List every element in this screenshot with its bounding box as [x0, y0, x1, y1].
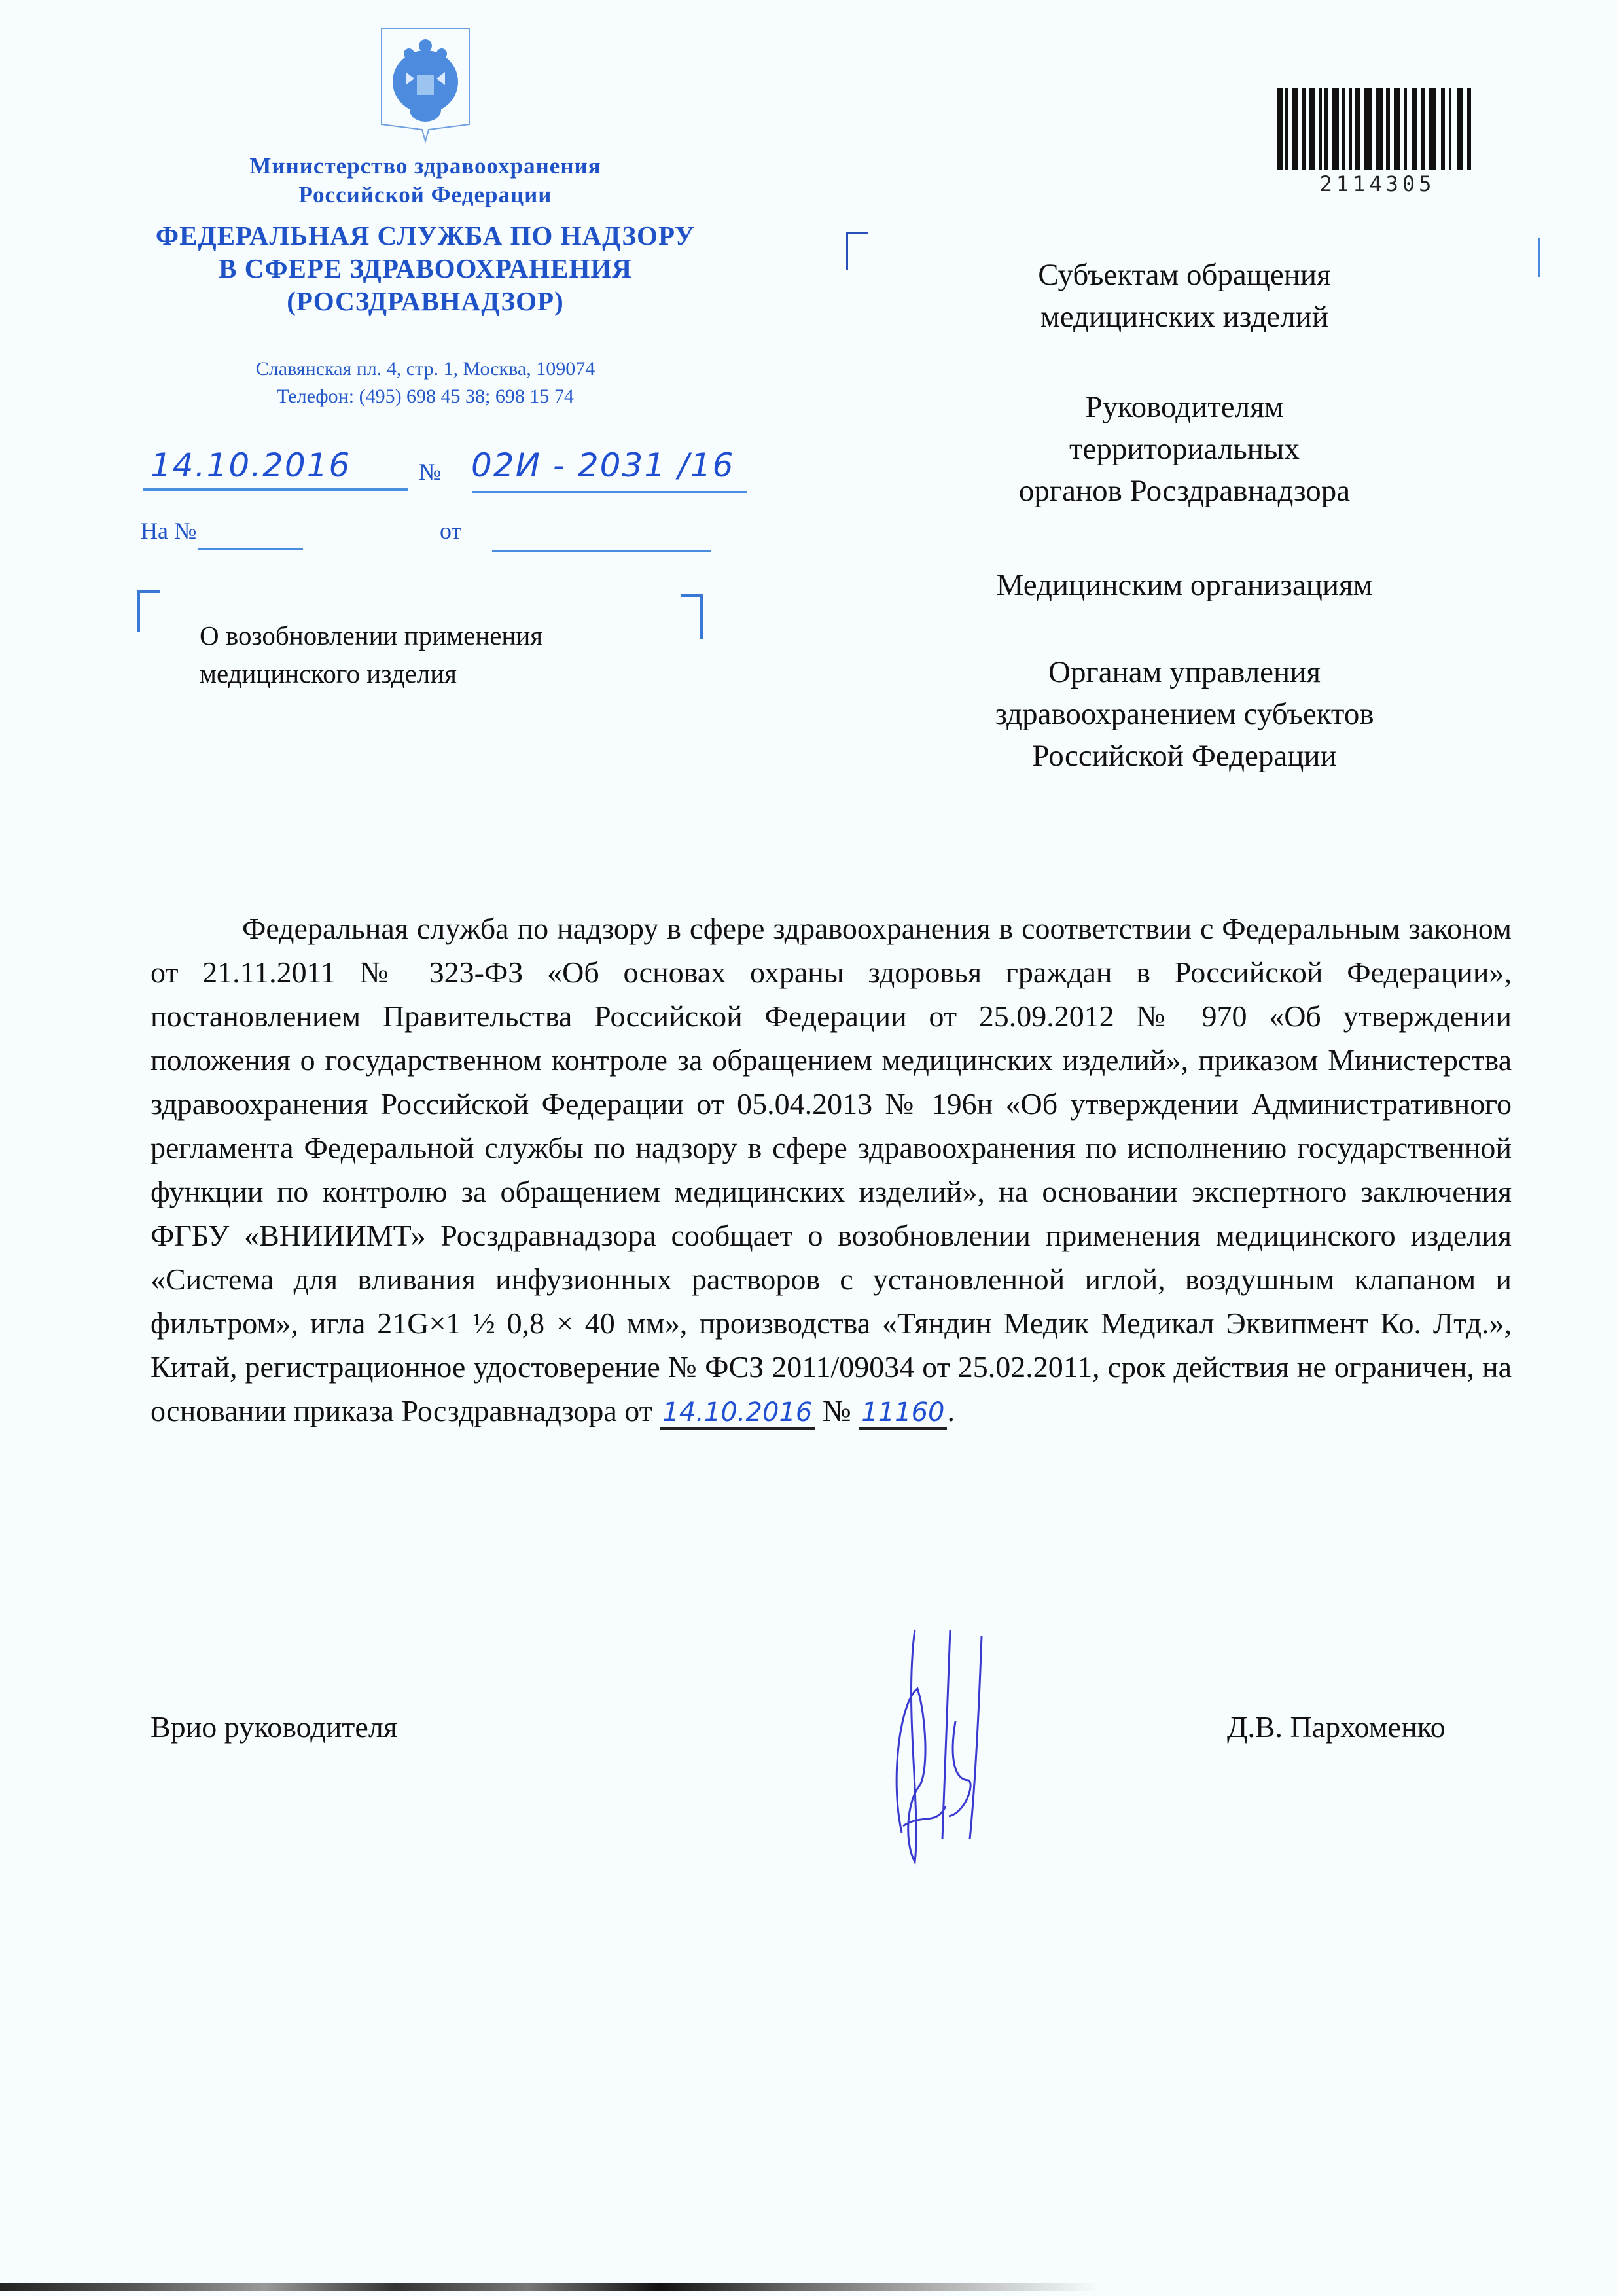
number-underline	[472, 491, 747, 493]
barcode-number: 2114305	[1302, 171, 1453, 196]
from-label: от	[440, 517, 461, 545]
addressee-bracket-right	[1538, 238, 1540, 277]
barcode	[1277, 88, 1474, 170]
addressee-bracket-left	[846, 232, 868, 270]
reply-number-line	[198, 548, 303, 550]
reply-reference: На №	[141, 517, 196, 545]
signatory-position: Врио руководителя	[151, 1710, 397, 1744]
handwritten-signature	[864, 1617, 1080, 1878]
signatory-name: Д.В. Пархоменко	[1227, 1710, 1446, 1744]
date-underline	[143, 488, 408, 491]
addressee-1: Субъектам обращения медицинских изделий	[916, 254, 1453, 338]
scan-edge-strip	[0, 2283, 1099, 2291]
service-address: Славянская пл. 4, стр. 1, Москва, 109074…	[164, 355, 687, 410]
letter-body: Федеральная служба по надзору в сфере зд…	[151, 906, 1512, 1435]
subject: О возобновлении применения медицинского …	[200, 617, 542, 692]
addressee-4: Органам управления здравоохранением субъ…	[916, 651, 1453, 777]
addressee-2: Руководителям территориальных органов Ро…	[916, 386, 1453, 512]
service-name: ФЕДЕРАЛЬНАЯ СЛУЖБА ПО НАДЗОРУ В СФЕРЕ ЗД…	[118, 219, 733, 317]
number-sign: №	[419, 458, 441, 486]
order-number: 11160	[859, 1397, 947, 1430]
outgoing-number: 02И - 2031 /16	[471, 446, 734, 484]
outgoing-date: 14.10.2016	[151, 446, 351, 484]
subject-bracket-left	[137, 590, 160, 632]
order-date: 14.10.2016	[660, 1397, 815, 1430]
reply-date-line	[492, 550, 711, 552]
ministry-name: Министерство здравоохранения Российской …	[164, 152, 687, 209]
coat-of-arms-icon	[376, 26, 474, 144]
addressee-3: Медицинским организациям	[916, 564, 1453, 606]
subject-bracket-right	[681, 594, 703, 639]
